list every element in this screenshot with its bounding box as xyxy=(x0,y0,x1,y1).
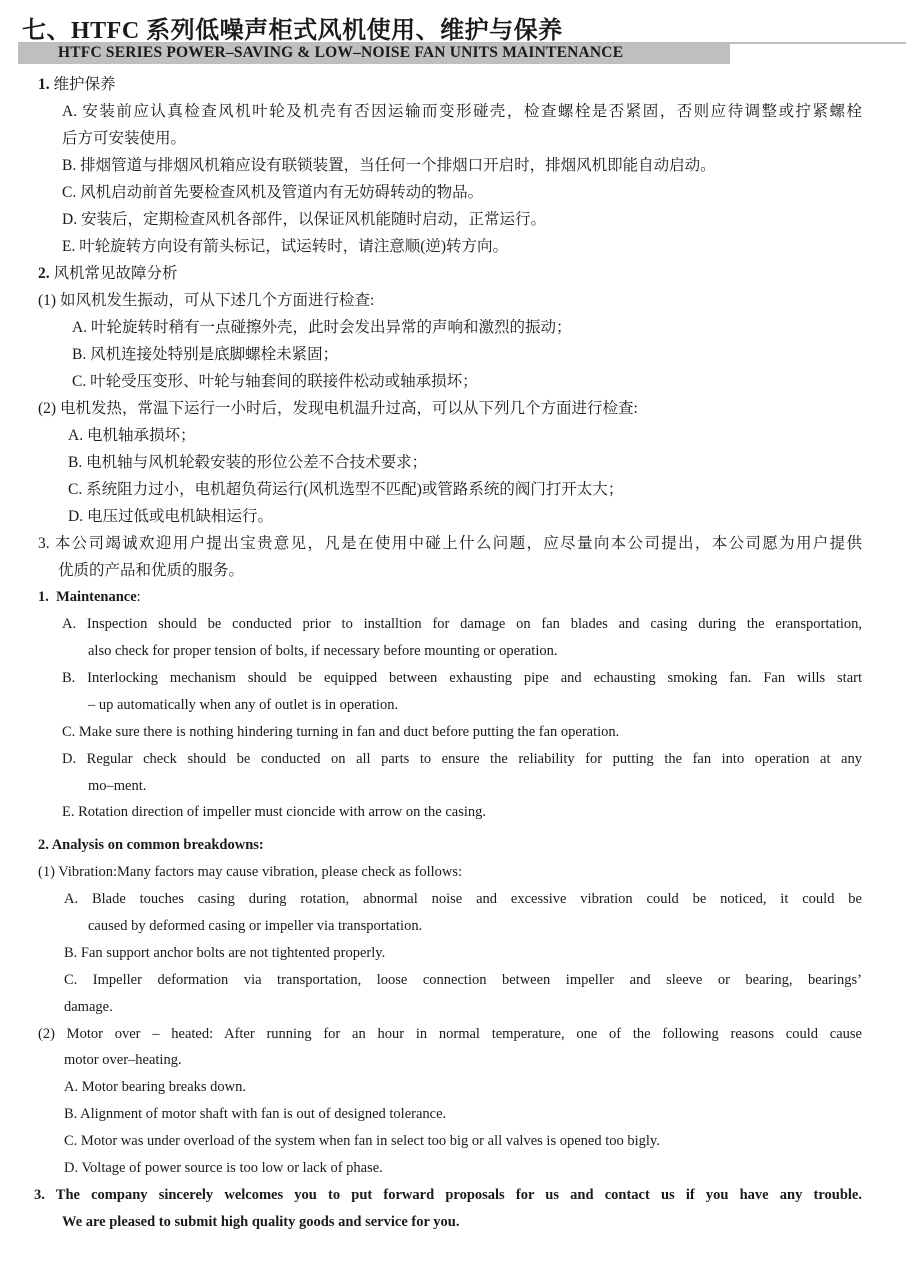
en-s2-sub2-item-b: B. Alignment of motor shaft with fan is … xyxy=(64,1104,446,1124)
section-number: 1. xyxy=(38,589,49,605)
zh-s1-item-d: D. 安装后，定期检查风机各部件，以保证风机能随时启动，正常运行。 xyxy=(62,210,546,230)
zh-section3-line1: 3. 本公司竭诚欢迎用户提出宝贵意见，凡是在使用中碰上什么问题，应尽量向本公司提… xyxy=(38,534,862,554)
zh-s2-sub1-item-c: C. 叶轮受压变形、叶轮与轴套间的联接件松动或轴承损坏； xyxy=(72,372,478,392)
zh-s2-sub2-item-a: A. 电机轴承损坏； xyxy=(68,426,195,446)
zh-s2-sub2-title: (2) 电机发热，常温下运行一小时后，发现电机温升过高，可以从下列几个方面进行检… xyxy=(38,399,638,419)
zh-s2-sub2-item-c: C. 系统阻力过小，电机超负荷运行(风机选型不匹配)或管路系统的阀门打开太大； xyxy=(68,480,623,500)
zh-s1-item-b: B. 排烟管道与排烟风机箱应设有联锁装置，当任何一个排烟口开启时，排烟风机即能自… xyxy=(62,156,716,176)
heading-colon: : xyxy=(137,589,141,605)
en-s2-sub1-item-c-cont: damage. xyxy=(64,997,113,1017)
zh-s2-sub1-item-a: A. 叶轮旋转时稍有一点碰擦外壳，此时会发出异常的声响和激烈的振动； xyxy=(72,318,571,338)
en-s1-item-a: A. Inspection should be conducted prior … xyxy=(62,614,862,634)
en-s2-sub1-item-b: B. Fan support anchor bolts are not tigh… xyxy=(64,943,385,963)
en-s2-sub2-item-d: D. Voltage of power source is too low or… xyxy=(64,1158,383,1178)
en-s1-item-a-cont: also check for proper tension of bolts, … xyxy=(88,641,558,661)
en-s2-sub1-title: (1) Vibration:Many factors may cause vib… xyxy=(38,862,462,882)
en-s2-sub2-item-a: A. Motor bearing breaks down. xyxy=(64,1077,246,1097)
en-section3-line1: 3. The company sincerely welcomes you to… xyxy=(34,1185,862,1205)
section-heading: Maintenance xyxy=(56,589,137,605)
zh-s1-item-e: E. 叶轮旋转方向设有箭头标记，试运转时，请注意顺(逆)转方向。 xyxy=(62,237,508,257)
zh-section3-line2: 优质的产品和优质的服务。 xyxy=(58,561,244,581)
zh-s2-sub2-item-b: B. 电机轴与风机轮毂安装的形位公差不合技术要求； xyxy=(68,453,427,473)
page-subtitle: HTFC SERIES POWER–SAVING & LOW–NOISE FAN… xyxy=(58,44,623,62)
zh-s1-item-a: A. 安装前应认真检查风机叶轮及机壳有否因运输而变形碰壳，检查螺栓是否紧固，否则… xyxy=(62,102,862,122)
zh-s2-sub1-title: (1) 如风机发生振动，可从下述几个方面进行检查: xyxy=(38,291,374,311)
en-s1-item-d: D. Regular check should be conducted on … xyxy=(62,749,862,769)
zh-section2-heading: 2. 风机常见故障分析 xyxy=(38,264,178,284)
en-s2-sub1-item-c: C. Impeller deformation via transportati… xyxy=(64,970,862,990)
en-s2-sub1-item-a: A. Blade touches casing during rotation,… xyxy=(64,889,862,909)
en-s2-sub1-item-a-cont: caused by deformed casing or impeller vi… xyxy=(88,916,422,936)
section-heading: 风机常见故障分析 xyxy=(54,265,178,282)
section-number: 1. xyxy=(38,76,50,93)
zh-s2-sub2-item-d: D. 电压过低或电机缺相运行。 xyxy=(68,507,273,527)
en-s2-sub2-title-cont: motor over–heating. xyxy=(64,1050,182,1070)
en-s1-item-b: B. Interlocking mechanism should be equi… xyxy=(62,668,862,688)
zh-s1-item-a-cont: 后方可安装使用。 xyxy=(62,129,186,149)
zh-s2-sub1-item-b: B. 风机连接处特别是底脚螺栓未紧固； xyxy=(72,345,338,365)
en-s1-item-d-cont: mo–ment. xyxy=(88,776,146,796)
en-s2-sub2-item-c: C. Motor was under overload of the syste… xyxy=(64,1131,660,1151)
en-section2-heading: 2. Analysis on common breakdowns: xyxy=(38,835,264,855)
en-section1-heading: 1. Maintenance: xyxy=(38,587,141,607)
en-section3-line2: We are pleased to submit high quality go… xyxy=(62,1212,459,1232)
section-heading: 维护保养 xyxy=(54,76,116,93)
en-s1-item-c: C. Make sure there is nothing hindering … xyxy=(62,722,619,742)
en-s1-item-b-cont: – up automatically when any of outlet is… xyxy=(88,695,398,715)
zh-s1-item-c: C. 风机启动前首先要检查风机及管道内有无妨碍转动的物品。 xyxy=(62,183,483,203)
section-number: 2. xyxy=(38,265,50,282)
zh-section1-heading: 1. 维护保养 xyxy=(38,75,116,95)
page-title: 七、HTFC 系列低噪声柜式风机使用、维护与保养 xyxy=(22,10,563,45)
en-s2-sub2-title: (2) Motor over – heated: After running f… xyxy=(38,1024,862,1044)
en-s1-item-e: E. Rotation direction of impeller must c… xyxy=(62,802,486,822)
